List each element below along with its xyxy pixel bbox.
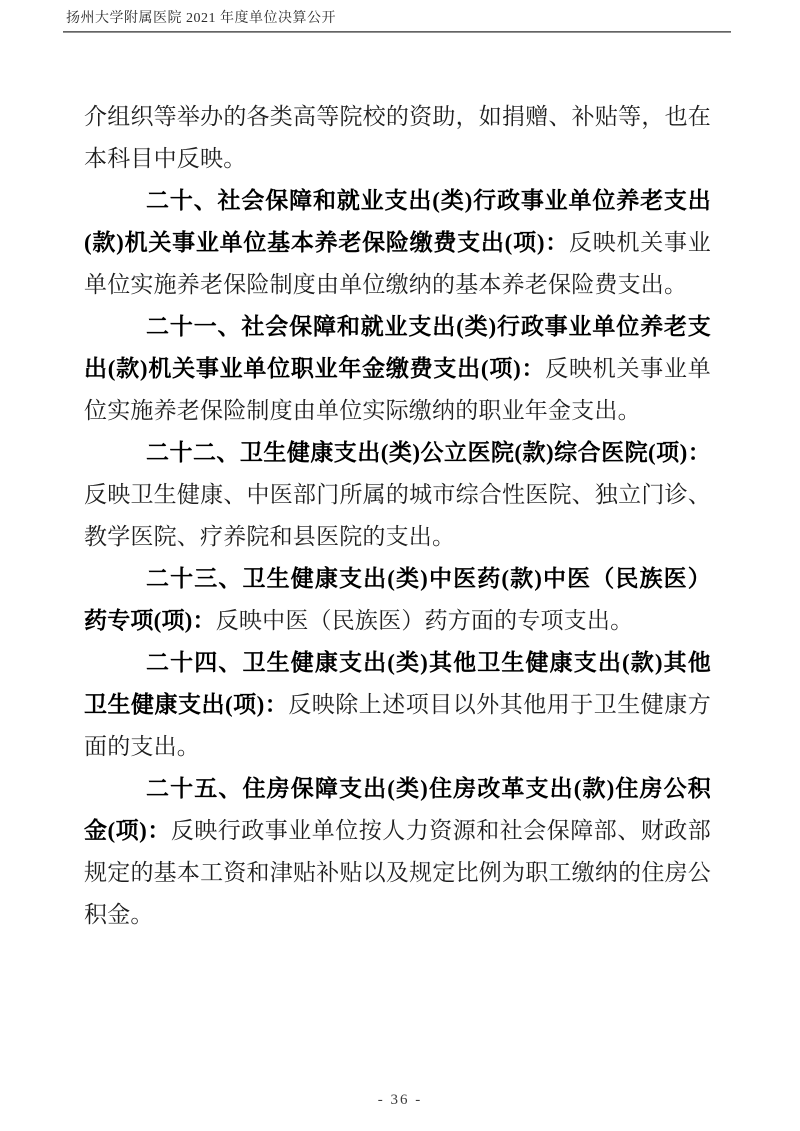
paragraph-item-20: 二十、社会保障和就业支出(类)行政事业单位养老支出(款)机关事业单位基本养老保险… [84, 180, 711, 306]
page-header: 扬州大学附属医院 2021 年度单位决算公开 [66, 9, 740, 29]
paragraph-item-22: 二十二、卫生健康支出(类)公立医院(款)综合医院(项)：反映卫生健康、中医部门所… [84, 432, 711, 558]
page-number: - 36 - [378, 1092, 423, 1108]
paragraph-item-21: 二十一、社会保障和就业支出(类)行政事业单位养老支出(款)机关事业单位职业年金缴… [84, 306, 711, 432]
paragraph-continuation: 介组织等举办的各类高等院校的资助，如捐赠、补贴等，也在本科目中反映。 [84, 96, 711, 180]
document-body: 介组织等举办的各类高等院校的资助，如捐赠、补贴等，也在本科目中反映。 二十、社会… [84, 96, 711, 936]
page-footer: - 36 - [0, 1092, 800, 1109]
paragraph-text: 反映卫生健康、中医部门所属的城市综合性医院、独立门诊、教学医院、疗养院和县医院的… [84, 482, 711, 549]
paragraph-text: 反映中医（民族医）药方面的专项支出。 [216, 608, 634, 633]
paragraph-item-25: 二十五、住房保障支出(类)住房改革支出(款)住房公积金(项)：反映行政事业单位按… [84, 768, 711, 936]
header-rule-divider [63, 31, 731, 33]
header-title: 扬州大学附属医院 2021 年度单位决算公开 [66, 11, 336, 26]
paragraph-item-23: 二十三、卫生健康支出(类)中医药(款)中医（民族医）药专项(项)：反映中医（民族… [84, 558, 711, 642]
paragraph-text: 反映行政事业单位按人力资源和社会保障部、财政部规定的基本工资和津贴补贴以及规定比… [84, 818, 711, 927]
paragraph-text: 介组织等举办的各类高等院校的资助，如捐赠、补贴等，也在本科目中反映。 [84, 104, 711, 171]
document-page: 扬州大学附属医院 2021 年度单位决算公开 介组织等举办的各类高等院校的资助，… [0, 0, 800, 1131]
paragraph-heading: 二十二、卫生健康支出(类)公立医院(款)综合医院(项)： [146, 440, 711, 465]
paragraph-item-24: 二十四、卫生健康支出(类)其他卫生健康支出(款)其他卫生健康支出(项)：反映除上… [84, 642, 711, 768]
